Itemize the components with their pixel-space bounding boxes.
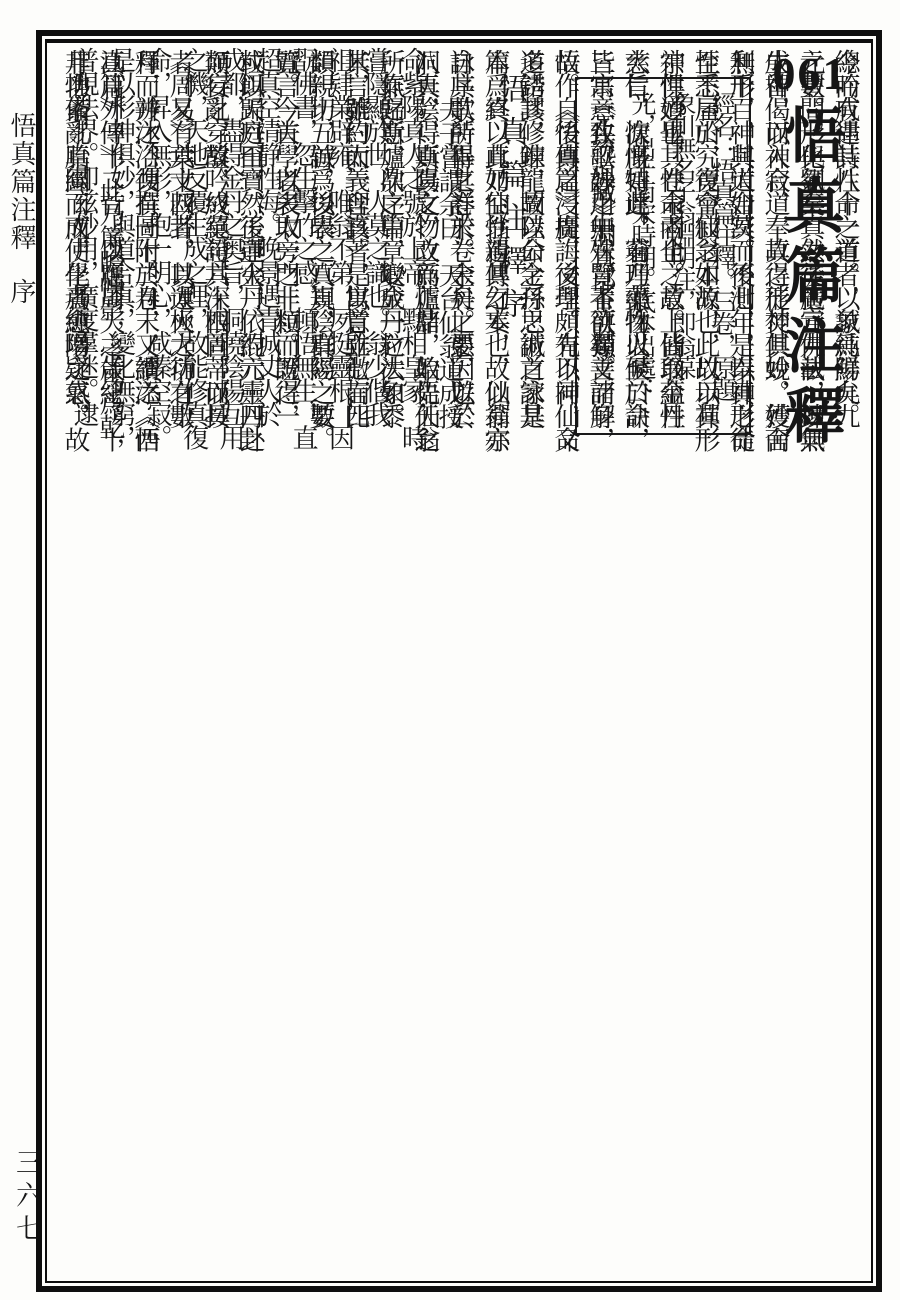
text-column: 大旨，次序如此。若乃藥物火候口訣 [618,49,653,1277]
text-column: 宗性道畢其卷末者也。故上皆取金丹 [653,49,688,1277]
text-column: 非惟紊亂真經，而使學者愈增疑惑。 [58,49,93,1277]
margin-title-text: 悟真篇注釋 [7,112,36,252]
text-column: 真篇外傳》，此乃簾瞻幙影，定馬爲乾， [93,49,128,1277]
text-column: 多錯謬，唯龍圖陸公之孫思誠之家其 [513,49,548,1277]
text-column: 類妄亂穿鑿，終莫證其深根固蒂而具 [198,49,233,1277]
text-column: 洞天，得斯真文，改而正諸，始悟仙翁 [408,49,443,1277]
text-column: 之數。形化氣矣，然後抱元九載，鍊氣 [793,49,828,1277]
page-frame-inner: 夫子嘗謂余曰：天台仙翁道成授命紫陽真人之號於上帝，默相皇家，時嘗隱顯於世，人莫之… [45,39,873,1283]
text-column: 皆寓意在歌詠之中，覽者可尋文而解 [583,49,618,1277]
text-column: 悟。自後傳之浸廣，文理頗有不同，又 [548,49,583,1277]
text-column: 本爲真，此乃仙翁親傳之本也，仙翁亦 [478,49,513,1277]
text-column: 釋而辨之，復撰圖附於卷末，謂之《悟 [128,49,163,1277]
scanned-book-page: 悟真篇注釋序 三六七 夫子嘗謂余曰：天台仙翁道成授命紫陽真人之號於上帝，默相皇家… [0,0,900,1300]
text-column: 類親切，誠爲後學之真規，群經之要 [303,49,338,1277]
text-column: 總吟成律詩八十一首。以象純陽九九 [828,49,863,1277]
text-column: 覽。今夫學者多取旁門非類而證之， [268,49,303,1277]
text-column: 自序其所得之詳於卷末矣。愚因遊於 [443,49,478,1277]
text-column: 成神，以神合道，故得形神俱妙。妙而 [758,49,793,1277]
text-column: 所作之意，次序篇章取金丹之法象。 [373,49,408,1277]
text-column: 或以天庭至寶、玉壺金丹、混元靈丹之 [233,49,268,1277]
page-frame: 夫子嘗謂余曰：天台仙翁道成授命紫陽真人之號於上帝，默相皇家，時嘗隱顯於世，人莫之… [36,30,882,1292]
margin-section-label: 序 [6,278,36,306]
bottom-band: 總吟成律詩八十一首。以象純陽九九之數。形化氣矣，然後抱元九載，鍊氣成神，以神合道… [47,41,871,1281]
text-column: 其言雖約而義理該著，寓意雖微而比 [338,49,373,1277]
text-column: 性悉居於究竟空寂之本源也，故以禪 [688,49,723,1277]
text-column: 無形，神與道合冥而不測，是以神形命 [723,49,758,1277]
margin-running-title: 悟真篇注釋序 [6,112,36,306]
text-column: 者。又有葉文叔者，以太極大衍之數 [163,49,198,1277]
